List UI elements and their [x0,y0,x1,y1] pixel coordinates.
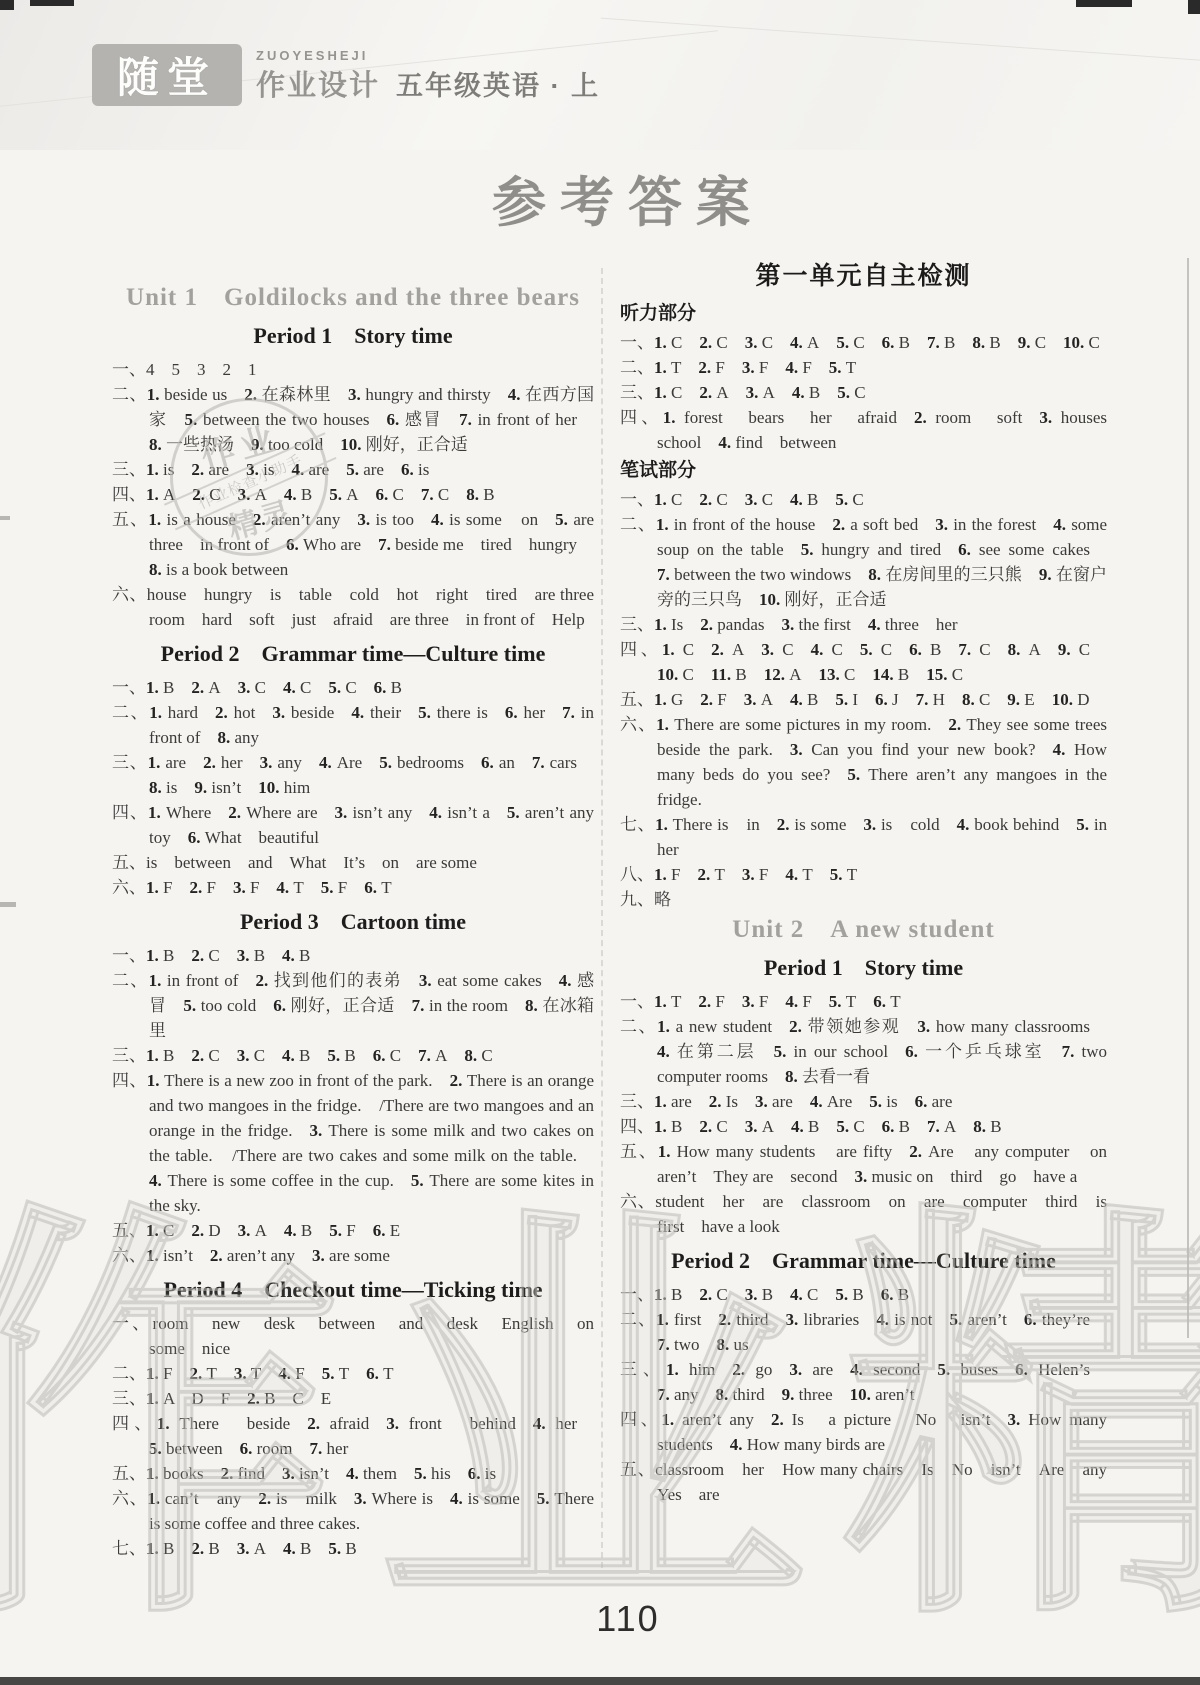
answer-number: 1. [654,615,667,634]
answer-line: 一、1. B 2. C 3. B 4. C 5. B 6. B [620,1282,1107,1307]
question-marker: 四、 [112,1414,157,1433]
answer-line: 三、1. is 2. are 3. is 4. are 5. are 6. is [112,457,594,482]
answer-number: 5. [835,690,848,709]
answer-number: 1. [146,878,159,897]
answer-number: 14. [872,665,893,684]
answer-number: 8. [716,1385,729,1404]
answer-number: 4. [790,1285,803,1304]
unit-heading: Unit 1 Goldilocks and the three bears [112,282,594,314]
period-heading: Period 1 Story time [112,321,594,351]
answer-number: 4. [431,510,444,529]
answer-line: 三、1. are 2. her 3. any 4. Are 5. bedroom… [112,750,594,800]
answer-number: 2. [450,1071,463,1090]
answer-number: 4. [282,1046,295,1065]
answer-number: 5. [829,992,842,1011]
answer-line: 一、1. C 2. C 3. C 4. B 5. C [620,487,1107,512]
answer-number: 2. [700,615,713,634]
question-marker: 六、 [112,1489,147,1508]
answer-number: 8. [464,1046,477,1065]
answer-number: 6. [240,1439,253,1458]
answer-number: 2. [697,865,710,884]
answer-number: 6. [881,1285,894,1304]
answer-number: 2. [789,1017,802,1036]
answer-number: 4. [508,385,521,404]
answer-line: 四、1. Where 2. Where are 3. isn’t any 4. … [112,800,594,850]
answer-number: 7. [657,1385,670,1404]
answer-number: 2. [247,1389,260,1408]
answer-number: 1. [654,690,667,709]
answer-number: 1. [146,1246,159,1265]
question-marker: 四、 [620,640,662,659]
question-marker: 二、 [112,385,147,404]
answer-number: 2. [948,715,961,734]
answer-number: 4. [319,753,332,772]
question-marker: 六、 [620,1192,655,1211]
answer-number: 6. [286,535,299,554]
answer-line: 六、1. isn’t 2. aren’t any 3. are some [112,1243,594,1268]
answer-number: 3. [335,803,348,822]
answer-number: 5. [537,1489,550,1508]
answer-number: 8. [217,728,230,747]
answer-number: 5. [149,1439,162,1458]
answer-number: 3. [854,1167,867,1186]
answer-number: 5. [937,1360,950,1379]
answer-number: 2. [777,815,790,834]
answer-number: 1. [654,383,667,402]
answer-number: 1. [148,510,161,529]
answer-number: 1. [655,815,668,834]
answer-number: 8. [717,1335,730,1354]
answer-number: 7. [916,690,929,709]
answer-number: 7. [412,996,425,1015]
answer-number: 1. [146,1539,159,1558]
answer-number: 6. [273,996,286,1015]
answer-number: 3. [1008,1410,1021,1429]
answer-number: 10. [850,1385,871,1404]
question-marker: 四、 [620,1410,661,1429]
answer-number: 2. [192,485,205,504]
question-marker: 二、 [112,1364,146,1383]
answer-number: 4. [149,1171,162,1190]
answer-line: 七、1. There is in 2. is some 3. is cold 4… [620,812,1107,862]
question-marker: 四、 [112,803,148,822]
answer-number: 3. [260,753,273,772]
answer-number: 7. [459,410,472,429]
answer-line: 五、1. How many students are fifty 2. Are … [620,1139,1107,1189]
answer-number: 2. [228,803,241,822]
answer-number: 1. [656,715,669,734]
answer-number: 6. [915,1092,928,1111]
period-heading: Period 2 Grammar time—Culture time [620,1246,1107,1276]
answer-number: 7. [418,1046,431,1065]
answer-line: 八、1. F 2. T 3. F 4. T 5. T [620,862,1107,887]
scan-mark [0,0,14,10]
answer-number: 3. [237,1539,250,1558]
answer-line: 二、1. hard 2. hot 3. beside 4. their 5. t… [112,700,594,750]
answer-number: 5. [950,1310,963,1329]
answer-number: 6. [376,485,389,504]
answer-number: 5. [328,1539,341,1558]
answer-number: 1. [148,803,161,822]
answer-number: 7. [421,485,434,504]
question-marker: 一、 [112,946,146,965]
answer-number: 6. [875,690,888,709]
answer-number: 6. [909,640,922,659]
answer-number: 7. [1062,1042,1075,1061]
answer-number: 1. [146,460,159,479]
answer-line: 三、1. Is 2. pandas 3. the first 4. three … [620,612,1107,637]
answer-number: 4. [790,690,803,709]
answer-number: 15. [926,665,947,684]
answer-number: 1. [654,1117,667,1136]
answer-number: 4. [284,1221,297,1240]
answer-number: 1. [147,1489,160,1508]
answer-number: 3. [742,358,755,377]
period-heading: Period 1 Story time [620,953,1107,983]
answer-number: 2. [191,946,204,965]
answers-column-left: Unit 1 Goldilocks and the three bearsPer… [112,280,594,1561]
answer-number: 1. [149,971,162,990]
answer-number: 3. [354,1489,367,1508]
question-marker: 六、 [620,715,656,734]
answer-line: 二、1. in front of the house 2. a soft bed… [620,512,1107,612]
answer-number: 6. [188,828,201,847]
answer-number: 4. [559,971,572,990]
question-marker: 三、 [112,460,146,479]
answer-number: 2. [191,1046,204,1065]
answer-number: 1. [146,1364,159,1383]
question-marker: 四、 [112,485,146,504]
answer-number: 3. [238,485,251,504]
answer-number: 4. [346,1464,359,1483]
answer-number: 12. [764,665,785,684]
answer-number: 2. [709,1092,722,1111]
answer-number: 3. [348,385,361,404]
question-marker: 二、 [620,1017,657,1036]
answer-number: 3. [1039,408,1052,427]
answer-number: 4. [790,333,803,352]
answer-number: 2. [258,1489,271,1508]
answer-number: 9. [1007,690,1020,709]
answer-number: 5. [847,765,860,784]
answer-number: 3. [282,1464,295,1483]
answer-number: 4. [785,865,798,884]
answer-number: 1. [666,1360,679,1379]
answer-number: 4. [811,640,824,659]
unit-heading: Unit 2 A new student [620,914,1107,946]
answer-line: 一、room new desk between and desk English… [112,1311,594,1361]
answer-number: 8. [149,560,162,579]
answer-line: 五、1. is a house 2. aren’t any 3. is too … [112,507,594,582]
answer-line: 一、1. T 2. F 3. F 4. F 5. T 6. T [620,989,1107,1014]
answer-number: 4. [785,358,798,377]
answer-number: 1. [147,1071,160,1090]
answer-line: 六、1. can’t any 2. is milk 3. Where is 4.… [112,1486,594,1536]
answer-number: 8. [466,485,479,504]
answer-number: 13. [819,665,840,684]
answer-number: 4. [868,615,881,634]
answer-number: 2. [771,1410,784,1429]
answer-number: 9. [194,778,207,797]
answer-number: 2. [191,1539,204,1558]
answer-number: 8. [785,1067,798,1086]
answer-number: 2. [711,640,724,659]
question-marker: 一、 [620,992,654,1011]
answer-number: 3. [419,971,432,990]
scanned-answer-page: { "header": { "logo_main": "随堂", "logo_e… [0,0,1200,1685]
answer-number: 3. [357,510,370,529]
question-marker: 八、 [620,865,654,884]
answer-number: 4. [282,946,295,965]
answer-number: 7. [657,565,670,584]
answer-number: 1. [146,1389,159,1408]
answer-number: 5. [829,358,842,377]
answer-number: 9. [251,435,264,454]
answer-number: 7. [532,753,545,772]
question-marker: 三、 [620,383,654,402]
answer-number: 6. [882,1117,895,1136]
answer-number: 4. [283,678,296,697]
answer-line: 三、1. B 2. C 3. C 4. B 5. B 6. C 7. A 8. … [112,1043,594,1068]
answer-number: 4. [730,1435,743,1454]
answer-number: 1. [658,1142,671,1161]
answer-number: 2. [699,383,712,402]
answer-number: 3. [309,1121,322,1140]
answer-line: 六、1. There are some pictures in my room.… [620,712,1107,812]
answer-number: 5. [860,640,873,659]
question-marker: 四、 [112,1071,147,1090]
answer-number: 1. [157,1414,170,1433]
answer-line: 五、1. C 2. D 3. A 4. B 5. F 6. E [112,1218,594,1243]
answer-number: 9. [1018,333,1031,352]
question-marker: 六、 [112,585,147,604]
question-marker: 三、 [112,1046,146,1065]
question-marker: 五、 [620,1460,655,1479]
answer-line: 一、4 5 3 2 1 [112,357,594,382]
period-heading: Period 4 Checkout time—Ticking time [112,1275,594,1305]
answer-number: 2. [307,1414,320,1433]
answers-column-right: 第一单元自主检测听力部分一、1. C 2. C 3. C 4. A 5. C 6… [620,260,1107,1507]
answer-number: 8. [1008,640,1021,659]
answer-number: 4. [850,1360,863,1379]
answer-number: 7. [378,535,391,554]
answer-number: 3. [745,1117,758,1136]
answer-line: 四、1. aren’t any 2. Is a picture No isn’t… [620,1407,1107,1457]
answer-number: 6. [401,460,414,479]
scan-mark [1076,0,1132,7]
answer-number: 10. [1063,333,1084,352]
part-heading: 笔试部分 [620,457,1107,484]
answer-number: 6. [387,410,400,429]
answer-number: 5. [185,410,198,429]
answer-line: 六、student her are classroom on are compu… [620,1189,1107,1239]
answer-number: 4. [276,878,289,897]
answer-number: 1. [147,385,160,404]
answer-number: 2. [699,1117,712,1136]
answer-number: 8. [962,690,975,709]
period-heading: Period 3 Cartoon time [112,907,594,937]
answer-number: 5. [801,540,814,559]
answer-number: 8. [972,333,985,352]
question-marker: 五、 [112,853,146,872]
answer-number: 10. [340,435,361,454]
answer-line: 四、1. There is a new zoo in front of the … [112,1068,594,1218]
answer-number: 4. [718,433,731,452]
answer-line: 七、1. B 2. B 3. A 4. B 5. B [112,1536,594,1561]
answer-number: 7. [562,703,575,722]
question-marker: 二、 [620,515,656,534]
answer-number: 4. [533,1414,546,1433]
answer-number: 10. [657,665,678,684]
question-marker: 三、 [112,1389,146,1408]
answer-number: 6. [905,1042,918,1061]
question-marker: 一、 [620,490,654,509]
answer-number: 5. [329,1221,342,1240]
question-marker: 三、 [112,753,148,772]
answer-line: 五、1. books 2. find 3. isn’t 4. them 5. h… [112,1461,594,1486]
answer-number: 3. [745,333,758,352]
answer-number: 2. [700,690,713,709]
answer-number: 2. [191,1221,204,1240]
question-marker: 一、 [112,360,146,379]
answer-line: 二、1. T 2. F 3. F 4. F 5. T [620,355,1107,380]
scan-mark [30,0,74,6]
answer-line: 五、classroom her How many chairs Is No is… [620,1457,1107,1507]
answer-number: 3. [935,515,948,534]
book-header: 随堂 ZUOYESHEJI 作业设计 五年级英语 · 上 [92,44,600,106]
question-marker: 四、 [620,1117,654,1136]
answer-number: 5. [379,753,392,772]
answer-number: 4. [810,1092,823,1111]
test-heading: 第一单元自主检测 [620,260,1107,292]
answer-number: 8. [973,1117,986,1136]
answer-number: 7. [927,1117,940,1136]
answer-number: 4. [429,803,442,822]
answer-line: 六、1. F 2. F 3. F 4. T 5. F 6. T [112,875,594,900]
question-marker: 四、 [620,408,663,427]
suitang-logo: 随堂 [92,44,242,106]
logo-pinyin: ZUOYESHEJI [256,49,600,63]
answer-number: 5. [837,383,850,402]
question-marker: 五、 [112,1221,146,1240]
answer-number: 6. [468,1464,481,1483]
answer-number: 3. [237,1046,250,1065]
page-title: 参考答案 [0,160,1200,237]
answer-number: 3. [272,703,285,722]
answer-number: 5. [555,510,568,529]
page-number: 110 [0,1598,1200,1640]
answer-number: 6. [873,992,886,1011]
answer-line: 三、1. A D F 2. B C E [112,1386,594,1411]
question-marker: 六、 [112,878,146,897]
answer-number: 4. [957,815,970,834]
logo-caption: ZUOYESHEJI 作业设计 五年级英语 · 上 [256,49,600,106]
answer-number: 1. [661,1410,674,1429]
answer-number: 2. [215,703,228,722]
answer-number: 3. [312,1246,325,1265]
answer-number: 2. [718,1310,731,1329]
answer-number: 5. [327,1046,340,1065]
answer-number: 7. [927,333,940,352]
answer-number: 8. [868,565,881,584]
answer-number: 1. [656,515,669,534]
answer-number: 8. [149,435,162,454]
answer-number: 3. [742,865,755,884]
answer-line: 一、1. B 2. A 3. C 4. C 5. C 6. B [112,675,594,700]
answer-number: 5. [507,803,520,822]
answer-number: 4. [1053,515,1066,534]
answer-number: 9. [1058,640,1071,659]
answer-number: 5. [830,865,843,884]
period-heading: Period 2 Grammar time—Culture time [112,639,594,669]
answer-number: 3. [238,678,251,697]
question-marker: 五、 [620,690,654,709]
answer-number: 3. [746,383,759,402]
answer-number: 5. [183,996,196,1015]
answer-number: 4. [283,1539,296,1558]
answer-number: 1. [656,1310,669,1329]
answer-number: 1. [654,358,667,377]
answer-number: 11. [711,665,731,684]
answer-number: 3. [246,460,259,479]
answer-line: 二、1. a new student 2. 带领她参观 3. how many … [620,1014,1107,1089]
scan-mark [0,516,10,520]
answer-number: 3. [790,740,803,759]
question-marker: 一、 [620,1285,654,1304]
answer-line: 四、1. There beside 2. afraid 3. front beh… [112,1411,594,1461]
answer-number: 5. [835,1285,848,1304]
answer-number: 1. [148,753,161,772]
answer-line: 三、1. are 2. Is 3. are 4. Are 5. is 6. ar… [620,1089,1107,1114]
answer-number: 6. [505,703,518,722]
answer-number: 6. [373,1046,386,1065]
question-marker: 三、 [620,1092,654,1111]
book-title: 五年级英语 · 上 [396,64,600,103]
answer-number: 3. [233,878,246,897]
answer-number: 5. [418,703,431,722]
answer-number: 2. [699,490,712,509]
answer-number: 1. [146,1046,159,1065]
answer-number: 6. [1015,1360,1028,1379]
answer-number: 1. [146,485,159,504]
answer-line: 二、1. in front of 2. 找到他们的表弟 3. eat some … [112,968,594,1043]
answer-number: 2. [255,971,268,990]
answer-number: 4. [657,1042,670,1061]
answer-number: 3. [786,1310,799,1329]
question-marker: 二、 [112,971,149,990]
answer-number: 2. [210,1246,223,1265]
answer-number: 3. [237,946,250,965]
answer-number: 3. [789,1360,802,1379]
answer-number: 5. [329,485,342,504]
answer-number: 2. [699,333,712,352]
answer-number: 1. [662,640,675,659]
answer-number: 3. [744,690,757,709]
series-name: 作业设计 [256,63,380,104]
answer-number: 3. [755,1092,768,1111]
answer-number: 5. [836,1117,849,1136]
answer-number: 1. [146,1464,159,1483]
answer-number: 6. [1024,1310,1037,1329]
answer-number: 2. [189,878,202,897]
question-marker: 五、 [112,510,148,529]
answer-number: 1. [149,703,162,722]
answer-number: 7. [958,640,971,659]
answer-number: 5. [411,1171,424,1190]
answer-number: 3. [782,615,795,634]
answer-number: 1. [657,1017,670,1036]
answer-line: 三、1. C 2. A 3. A 4. B 5. C [620,380,1107,405]
